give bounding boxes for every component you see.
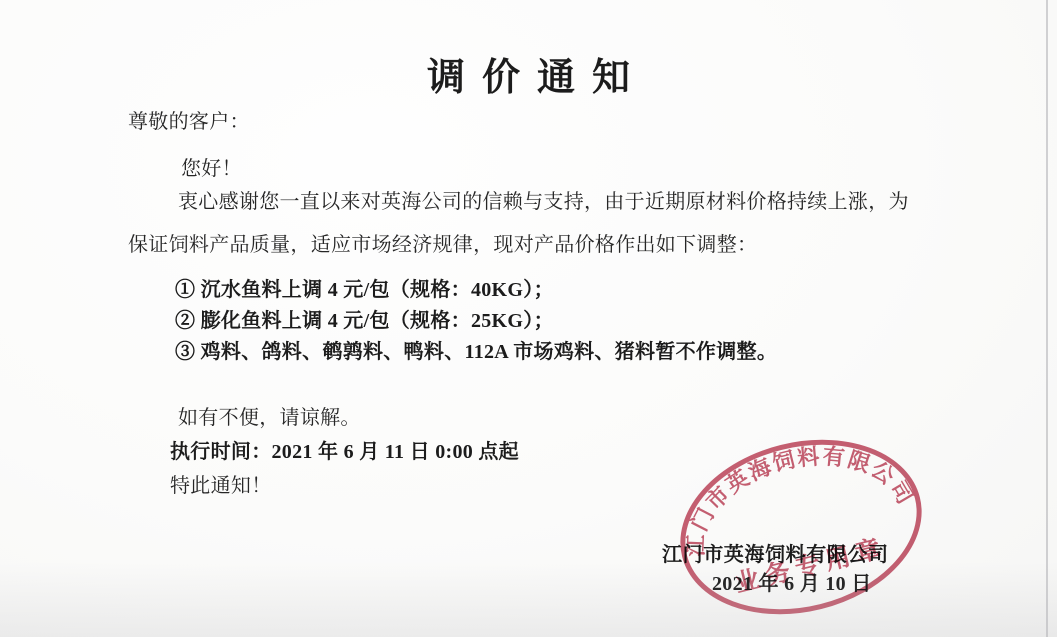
body-line-2: 保证饲料产品质量，适应市场经济规律，现对产品价格作出如下调整：: [128, 234, 757, 257]
price-item-3: ③ 鸡料、鸽料、鹌鹑料、鸭料、112A 市场鸡料、猪料暂不作调整。: [175, 341, 777, 364]
price-item-2: ② 膨化鱼料上调 4 元/包（规格：25KG）；: [175, 310, 554, 333]
company-seal: 江门市英海饲料有限公司 业务专用章: [640, 398, 970, 637]
scan-edge-line: [1046, 0, 1048, 637]
price-item-1: ① 沉水鱼料上调 4 元/包（规格：40KG）；: [175, 279, 554, 302]
effective-time-line: 执行时间：2021 年 6 月 11 日 0:00 点起: [170, 441, 519, 464]
closing-line: 特此通知！: [170, 475, 272, 498]
seal-group: 江门市英海饲料有限公司 业务专用章: [663, 418, 939, 636]
salutation: 尊敬的客户：: [128, 111, 250, 134]
body-line-1: 衷心感谢您一直以来对英海公司的信赖与支持，由于近期原材料价格持续上涨，为: [178, 191, 909, 214]
apology-line: 如有不便，请谅解。: [178, 407, 361, 430]
page-title: 调价通知: [0, 46, 1057, 101]
greeting: 您好！: [181, 158, 242, 181]
notice-document: 调价通知 尊敬的客户： 您好！ 衷心感谢您一直以来对英海公司的信赖与支持，由于近…: [0, 0, 1057, 637]
